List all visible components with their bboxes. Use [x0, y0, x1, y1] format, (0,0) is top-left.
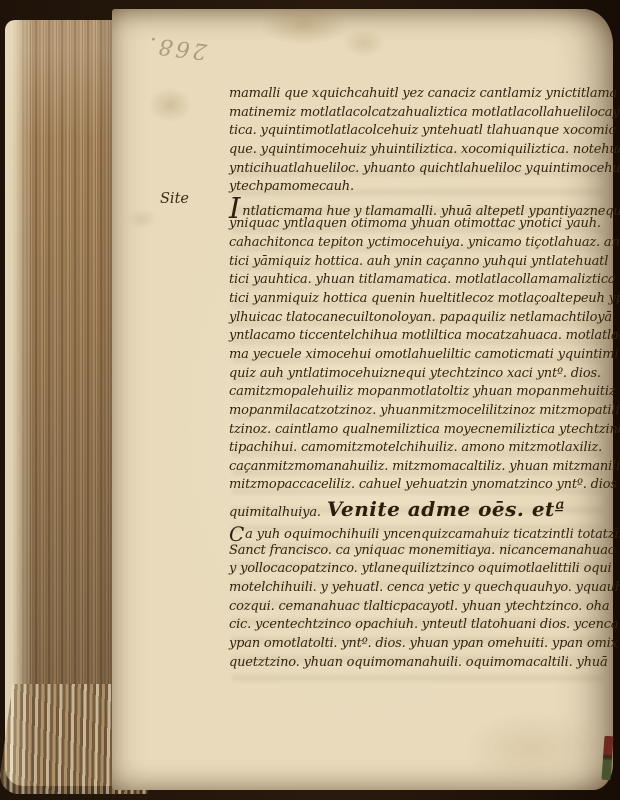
manuscript-line: quiz auh yntlatimocehuiznequi ytechtzinc…: [229, 365, 607, 384]
binding-edge-colors: [601, 736, 613, 781]
manuscript-line: matinemiz motlatlacolcatzahualiztica mot…: [229, 104, 607, 123]
manuscript-line: Intlaticmama hue y tlamamalli. yhuā alte…: [229, 197, 607, 216]
manuscript-line: mitzmopaccaceliliz. cahuel yehuatzin yno…: [229, 476, 607, 495]
manuscript-line: mopanmilacatzotzinoz. yhuanmitzmocelilit…: [229, 402, 607, 421]
manuscript-line: tici yanmiquiz hottica quenin hueltitlec…: [229, 290, 607, 309]
latin-quote-line: quimitalhuiya.Venite adme oēs. etª: [229, 495, 607, 523]
manuscript-line: quetztzino. yhuan oquimomanahuili. oquim…: [229, 654, 607, 673]
paragraph-initial: C: [229, 526, 244, 542]
manuscript-line: tici yāmiquiz hottica. auh ynin caçanno …: [229, 253, 607, 272]
manuscript-line: tzinoz. caintlamo qualnemiliztica moyecn…: [229, 421, 607, 440]
manuscript-line: Ca yuh oquimochihuili yncenquizcamahuiz …: [229, 523, 607, 542]
manuscript-line: mamalli que xquichcahuitl yez canaciz ca…: [229, 85, 607, 104]
manuscript-line: y yollocacopatzinco. ytlanequiliztzinco …: [229, 560, 607, 579]
manuscript-photo: 268. Site mamalli que xquichcahuitl yez …: [0, 0, 620, 800]
manuscript-line: tipachihui. camomitzmotelchihuiliz. amon…: [229, 439, 607, 458]
manuscript-line: camitzmopalehuiliz mopanmotlatoltiz yhua…: [229, 383, 607, 402]
manuscript-line: cic. ycentechtzinco opachiuh. ynteutl tl…: [229, 616, 607, 635]
manuscript-line: caçanmitzmomanahuiliz. mitzmomacaltiliz.…: [229, 458, 607, 477]
margin-note: Site: [160, 191, 189, 207]
manuscript-line: ylhuicac tlatocanecuiltonoloyan. papaqui…: [229, 309, 607, 328]
manuscript-line: ytechpamomecauh.: [229, 178, 607, 197]
manuscript-line: ma yecuele ximocehui omotlahueliltic cam…: [229, 346, 607, 365]
folio-number: 268.: [145, 31, 209, 63]
manuscript-line: cozqui. cemanahuac tlalticpacayotl. yhua…: [229, 598, 607, 617]
manuscript-line: que. yquintimocehuiz yhuintiliztica. xoc…: [229, 141, 607, 160]
manuscript-line-text: a yuh oquimochihuili yncenquizcamahuiz t…: [245, 527, 620, 542]
manuscript-line: cahachitonca tepiton yctimocehuiya. ynic…: [229, 234, 607, 253]
manuscript-line: motelchihuili. y yehuatl. cenca yetic y …: [229, 579, 607, 598]
latin-quote: Venite adme oēs. etª: [327, 497, 565, 521]
manuscript-line: Sanct francisco. ca yniquac monemitiaya.…: [229, 542, 607, 561]
manuscript-line: tica. yquintimotlatlacolcehuiz yntehuatl…: [229, 122, 607, 141]
manuscript-line: ypan omotlatolti. yntº. dios. yhuan ypan…: [229, 635, 607, 654]
manuscript-line: yniquac yntlaquen otimoma yhuan otimotta…: [229, 215, 607, 234]
paragraph-initial: I: [229, 200, 240, 216]
manuscript-line: ynticihuatlahueliloc. yhuanto quichtlahu…: [229, 160, 607, 179]
manuscript-page: 268. Site mamalli que xquichcahuitl yez …: [112, 9, 613, 790]
quote-prefix: quimitalhuiya.: [229, 505, 321, 520]
manuscript-line: yntlacamo ticcentelchihua motliltica moc…: [229, 327, 607, 346]
text-block: mamalli que xquichcahuitl yez canaciz ca…: [229, 85, 607, 672]
manuscript-line: tici yauhtica. yhuan titlamamatica. motl…: [229, 271, 607, 290]
